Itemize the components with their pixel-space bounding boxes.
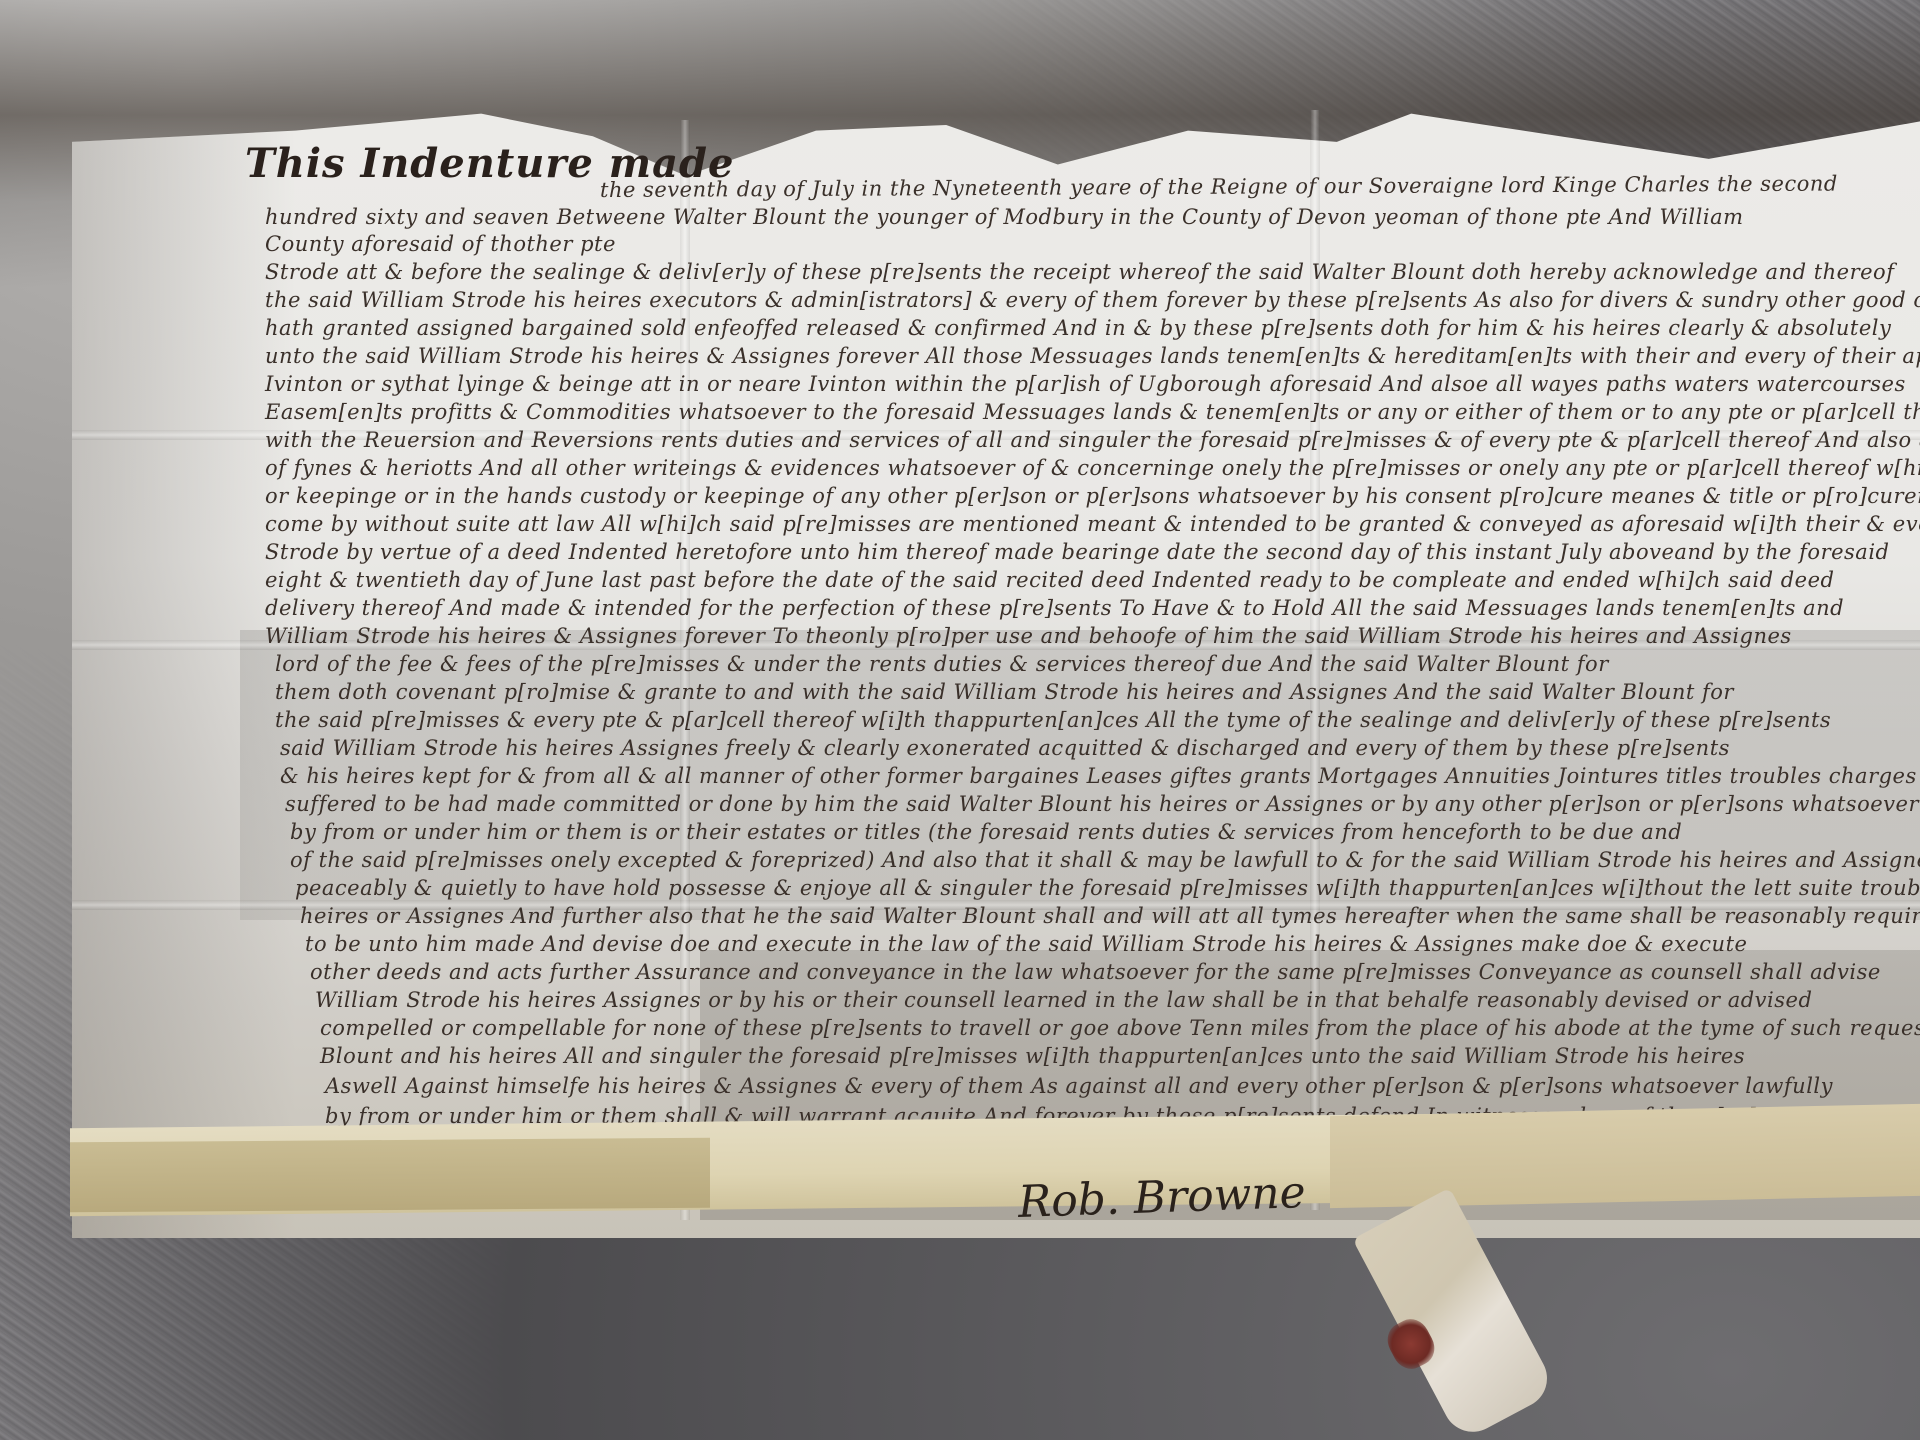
text-line: hundred sixty and seaven Betweene Walter… xyxy=(265,205,1744,229)
text-line: unto the said William Strode his heires … xyxy=(265,344,1920,368)
text-line: Blount and his heires All and singuler t… xyxy=(320,1044,1745,1068)
text-line: & his heires kept for & from all & all m… xyxy=(280,764,1920,788)
text-line: them doth covenant p[ro]mise & grante to… xyxy=(275,680,1734,704)
text-line: come by without suite att law All w[hi]c… xyxy=(265,512,1920,536)
text-line: Ivinton or sythat lyinge & beinge att in… xyxy=(265,372,1906,396)
text-line: William Strode his heires & Assignes for… xyxy=(265,624,1792,648)
text-line: by from or under him or them is or their… xyxy=(290,820,1682,844)
folded-strip-shadowed xyxy=(70,1138,710,1212)
text-line: Strode att & before the sealinge & deliv… xyxy=(265,260,1894,284)
text-line: County aforesaid of thother pte xyxy=(265,232,1915,256)
text-line: eight & twentieth day of June last past … xyxy=(265,568,1834,592)
text-line: hath granted assigned bargained sold enf… xyxy=(265,316,1891,340)
text-line: lord of the fee & fees of the p[re]misse… xyxy=(275,652,1609,676)
text-line: with the Reuersion and Reversions rents … xyxy=(265,428,1920,452)
text-line: of the said p[re]misses onely excepted &… xyxy=(290,848,1920,872)
text-line: to be unto him made And devise doe and e… xyxy=(305,932,1747,956)
text-line: compelled or compellable for none of the… xyxy=(320,1016,1920,1040)
text-line: the said p[re]misses & every pte & p[ar]… xyxy=(275,708,1831,732)
text-line: the said William Strode his heires execu… xyxy=(265,288,1920,312)
text-line: Aswell Against himselfe his heires & Ass… xyxy=(325,1074,1833,1098)
text-line: said William Strode his heires Assignes … xyxy=(280,736,1730,760)
text-line: suffered to be had made committed or don… xyxy=(285,792,1920,816)
signature: Rob. Browne xyxy=(1017,1167,1306,1228)
text-line: or keepinge or in the hands custody or k… xyxy=(265,484,1920,508)
text-line: peaceably & quietly to have hold possess… xyxy=(295,876,1920,900)
text-line: heires or Assignes And further also that… xyxy=(300,904,1920,928)
folded-strip-right xyxy=(1330,1104,1920,1208)
text-line: Strode by vertue of a deed Indented here… xyxy=(265,540,1890,564)
text-line: Easem[en]ts profitts & Commodities whats… xyxy=(265,400,1920,424)
text-line: William Strode his heires Assignes or by… xyxy=(315,988,1812,1012)
text-line: of fynes & heriotts And all other writei… xyxy=(265,456,1920,480)
text-line: delivery thereof And made & intended for… xyxy=(265,596,1844,620)
text-line: other deeds and acts further Assurance a… xyxy=(310,960,1881,984)
